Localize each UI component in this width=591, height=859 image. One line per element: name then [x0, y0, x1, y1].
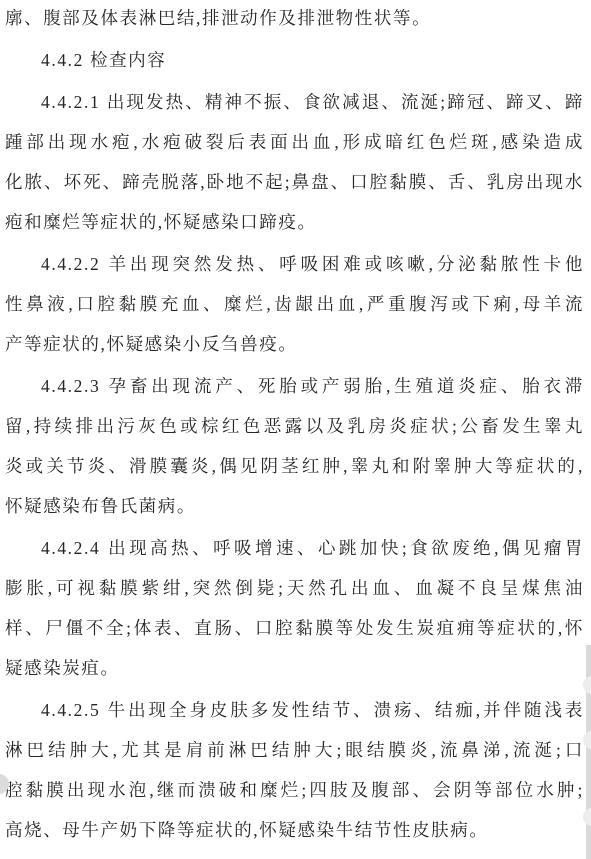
clause-4-4-2-3: 4.4.2.3 孕畜出现流产、死胎或产弱胎,生殖道炎症、胎衣滞 留,持续排出污灰…: [5, 366, 584, 526]
text-line: 怀疑感染布鲁氏菌病。: [5, 486, 584, 526]
text-line: 淋巴结肿大,尤其是肩前淋巴结肿大;眼结膜炎,流鼻涕,流涎;口: [5, 730, 584, 770]
text-line: 廓、腹部及体表淋巴结,排泄动作及排泄物性状等。: [5, 0, 584, 38]
document-body-text: 廓、腹部及体表淋巴结,排泄动作及排泄物性状等。 4.4.2 检查内容 4.4.2…: [5, 0, 584, 850]
section-heading-line: 4.4.2 检查内容: [5, 40, 584, 80]
section-heading-4-4-2: 4.4.2 检查内容: [5, 40, 584, 80]
clause-4-4-2-1: 4.4.2.1 出现发热、精神不振、食欲减退、流涎;蹄冠、蹄叉、蹄 踵部出现水疱…: [5, 82, 584, 242]
text-line: 化脓、坏死、蹄壳脱落,卧地不起;鼻盘、口腔黏膜、舌、乳房出现水: [5, 162, 584, 202]
text-line: 4.4.2.2 羊出现突然发热、呼吸困难或咳嗽,分泌黏脓性卡他: [5, 244, 584, 284]
text-line: 留,持续排出污灰色或棕红色恶露以及乳房炎症状;公畜发生睾丸: [5, 406, 584, 446]
text-line: 踵部出现水疱,水疱破裂后表面出血,形成暗红色烂斑,感染造成: [5, 122, 584, 162]
text-line: 疱和糜烂等症状的,怀疑感染口蹄疫。: [5, 202, 584, 242]
text-line: 疑感染炭疽。: [5, 648, 584, 688]
text-line: 炎或关节炎、滑膜囊炎,偶见阴茎红肿,睾丸和附睾肿大等症状的,: [5, 446, 584, 486]
paragraph-continuation: 廓、腹部及体表淋巴结,排泄动作及排泄物性状等。: [5, 0, 584, 38]
text-line: 腔黏膜出现水泡,继而溃破和糜烂;四肢及腹部、会阴等部位水肿;: [5, 770, 584, 810]
clause-4-4-2-5: 4.4.2.5 牛出现全身皮肤多发性结节、溃疡、结痂,并伴随浅表 淋巴结肿大,尤…: [5, 690, 584, 850]
text-line: 样、尸僵不全;体表、直肠、口腔黏膜等处发生炭疽痈等症状的,怀: [5, 608, 584, 648]
text-line: 4.4.2.3 孕畜出现流产、死胎或产弱胎,生殖道炎症、胎衣滞: [5, 366, 584, 406]
clause-4-4-2-4: 4.4.2.4 出现高热、呼吸增速、心跳加快;食欲废绝,偶见瘤胃 膨胀,可视黏膜…: [5, 528, 584, 688]
scan-notch-artifact: [583, 731, 591, 749]
text-line: 4.4.2.1 出现发热、精神不振、食欲减退、流涎;蹄冠、蹄叉、蹄: [5, 82, 584, 122]
document-page: 廓、腹部及体表淋巴结,排泄动作及排泄物性状等。 4.4.2 检查内容 4.4.2…: [0, 0, 591, 859]
scan-notch-artifact: [583, 808, 591, 826]
text-line: 4.4.2.5 牛出现全身皮肤多发性结节、溃疡、结痂,并伴随浅表: [5, 690, 584, 730]
clause-4-4-2-2: 4.4.2.2 羊出现突然发热、呼吸困难或咳嗽,分泌黏脓性卡他 性鼻液,口腔黏膜…: [5, 244, 584, 364]
text-line: 性鼻液,口腔黏膜充血、糜烂,齿龈出血,严重腹泻或下痢,母羊流: [5, 284, 584, 324]
scan-notch-artifact: [583, 676, 591, 694]
text-line: 4.4.2.4 出现高热、呼吸增速、心跳加快;食欲废绝,偶见瘤胃: [5, 528, 584, 568]
text-line: 膨胀,可视黏膜紫绀,突然倒毙;天然孔出血、血凝不良呈煤焦油: [5, 568, 584, 608]
text-line: 产等症状的,怀疑感染小反刍兽疫。: [5, 324, 584, 364]
text-line: 高烧、母牛产奶下降等症状的,怀疑感染牛结节性皮肤病。: [5, 810, 584, 850]
